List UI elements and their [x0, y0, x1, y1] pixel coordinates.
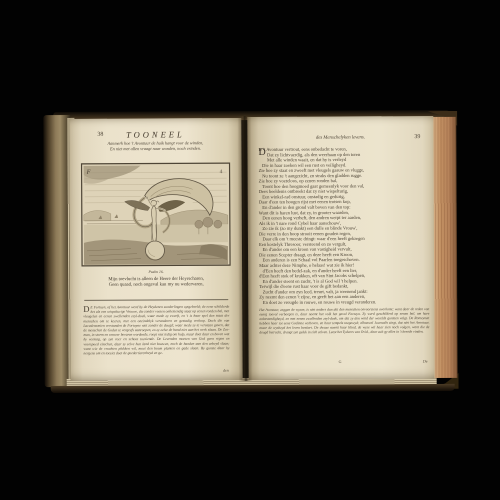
notes-paragraph: Het Avontuur, zeggen de wyzen, is niet a…	[259, 307, 429, 358]
signature-mark: G	[339, 360, 342, 365]
separator-rule	[84, 299, 228, 301]
right-page-number: 39	[414, 134, 420, 140]
motto-couplet: Aanmerk hoe 't Avontuur de huik hangt vo…	[69, 140, 241, 157]
book-photo-stage: 38 TOONEEL Aanmerk hoe 't Avontuur de hu…	[0, 0, 500, 500]
verse-drop-cap: D	[258, 147, 265, 157]
psalm-couplet: Mijn toevlucht is alleen de Heere der He…	[70, 276, 242, 291]
verse-block: D Ie 't Avontuur vertrout, eens onbedach…	[258, 146, 429, 307]
verse-line: En doet zo vreugde in rouwe, en rouwe in…	[263, 299, 430, 305]
engraving-plate: F 4	[81, 162, 232, 267]
book-bottom-cover-edge	[51, 384, 455, 393]
right-running-title: des Menschelyken levens.	[247, 134, 433, 144]
psalm-line: Geen quaad, noch ongeval kan my nu weder…	[70, 282, 242, 288]
motto-line: En niet met allen vraagt naar wonden, no…	[69, 145, 241, 151]
commentary-text: E Fortuyn, of het Avontuur werd by de He…	[83, 304, 229, 355]
right-page: des Menschelyken levens. 39 D Ie 't Avon…	[247, 116, 434, 380]
left-running-title: TOONEEL	[69, 129, 241, 140]
signature-line: G De	[260, 359, 430, 369]
gutter-shadow	[237, 116, 252, 381]
notes-text: Het Avontuur, zeggen de wyzen, is niet a…	[259, 307, 429, 335]
left-page: 38 TOONEEL Aanmerk hoe 't Avontuur de hu…	[69, 118, 242, 381]
open-book: 38 TOONEEL Aanmerk hoe 't Avontuur de hu…	[43, 110, 458, 393]
left-catchword: den	[169, 368, 229, 376]
right-fore-edge	[431, 117, 457, 378]
commentary-paragraph: DE Fortuyn, of het Avontuur werd by de H…	[83, 304, 229, 369]
figure-body	[151, 206, 156, 241]
right-catchword: De	[423, 359, 428, 364]
plate-number: 4	[220, 169, 223, 175]
fortuna-engraving: F 4	[81, 162, 232, 267]
